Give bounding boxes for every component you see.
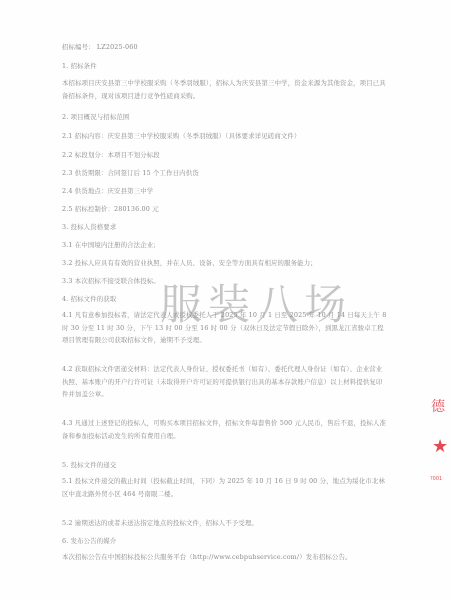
section-4-1: 4.1 凡有意参加投标者，请法定代表人或授权委托人于 2025 年 10 月 1… (62, 309, 387, 347)
bid-number-label: 招标编号： (62, 43, 95, 51)
section-1-body: 本招标项目庆安县第三中学校服采购（冬季羽绒服），招标人为庆安县第三中学，资金来源… (62, 77, 387, 102)
section-5-title: 5. 投标文件的递交 (62, 461, 116, 469)
section-6-title: 6. 发布公告的媒介 (62, 537, 116, 545)
section-3-1: 3.1 在中国境内注册的合法企业； (62, 241, 160, 249)
stamp-digits: ?001 (430, 476, 442, 482)
section-2-2: 2.2 标段划分：本项目不划分标段 (62, 151, 160, 159)
section-4-title: 4. 招标文件的获取 (62, 295, 116, 303)
section-3-3: 3.3 本次招标不接受联合体投标。 (62, 277, 160, 285)
section-1-title: 1. 招标条件 (62, 62, 97, 70)
section-5-2: 5.2 逾期送达的或者未送达指定地点的投标文件，招标人不予受理。 (62, 519, 258, 527)
bid-number-line: 招标编号： LZ2025-060 (62, 43, 138, 51)
section-2-1: 2.1 招标内容：庆安县第三中学校服采购（冬季羽绒服）（具体要求详见磋商文件） (62, 132, 301, 140)
section-2-4: 2.4 供货地点：庆安县第三中学 (62, 187, 153, 195)
red-seal-stamp: 德 ★ ?001 (428, 392, 450, 502)
document-page: 招标编号： LZ2025-060 1. 招标条件 本招标项目庆安县第三中学校服采… (0, 0, 450, 600)
section-2-3: 2.3 供货期限：合同签订后 15 个工作日内供货 (62, 169, 199, 177)
section-5-1: 5.1 投标文件递交的截止时间（投标截止时间，下同）为 2025 年 10 月 … (62, 475, 387, 500)
stamp-char: 德 (431, 396, 445, 416)
section-4-2: 4.2 获取招标文件需递交材料：法定代表人身份证、授权委托书（如有）、委托代理人… (62, 363, 387, 401)
bid-number: LZ2025-060 (97, 43, 138, 51)
section-3-2: 3.2 投标人应具有有效的营业执照，并在人员、设备、安全等方面具有相应的服务能力… (62, 259, 317, 267)
section-3-title: 3. 投标人资格要求 (62, 223, 116, 231)
section-2-5: 2.5 招标控制价：280136.00 元 (62, 205, 159, 213)
section-4-3: 4.3 凡通过上述登记的投标人，可购买本项目招标文件，招标文件每套售价 500 … (62, 417, 387, 442)
stamp-star-icon: ★ (432, 436, 448, 457)
section-6-body: 本次招标公告在中国招标投标公共服务平台（http://www.cebpubser… (62, 551, 387, 564)
section-2-title: 2. 项目概况与招标范围 (62, 113, 129, 121)
